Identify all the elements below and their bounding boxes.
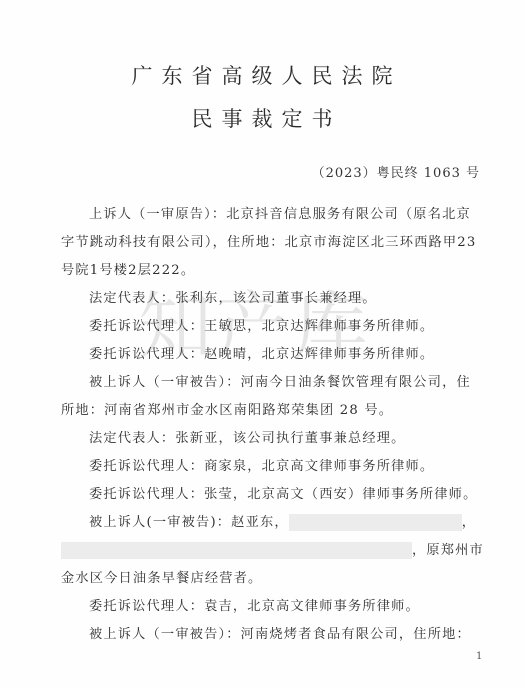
appellant-line-2: 字节跳动科技有限公司），住所地：北京市海淀区北三环西路甲23	[61, 231, 476, 250]
appellee-2-line-2-suffix: ，原郑州市	[412, 543, 484, 558]
appellant-agent-2: 委托诉讼代理人：赵晚晴，北京达辉律师事务所律师。	[89, 343, 434, 362]
appellee-2-agent: 委托诉讼代理人：袁吉，北京高文律师事务所律师。	[89, 595, 420, 614]
redaction-block	[61, 542, 412, 559]
appellee-2-name: 被上诉人(一审被告)：赵亚东，	[89, 515, 289, 530]
appellee-1-agent-2: 委托诉讼代理人：张莹，北京高文（西安）律师事务所律师。	[89, 483, 477, 502]
appellant-line-3: 号院1号楼2层222。	[61, 259, 195, 278]
page-number: 1	[476, 651, 482, 662]
appellee-1-agent-1: 委托诉讼代理人：商家泉，北京高文律师事务所律师。	[89, 455, 434, 474]
document-page: 广东省高级人民法院 民事裁定书 （2023）粤民终 1063 号 上诉人（一审原…	[0, 0, 524, 687]
appellee-2-line-3: 金水区今日油条早餐店经营者。	[61, 567, 262, 586]
case-number: （2023）粤民终 1063 号	[312, 162, 480, 181]
appellee-1-line-1: 被上诉人（一审被告）：河南今日油条餐饮管理有限公司，住	[89, 371, 471, 390]
appellee-1-legal-representative: 法定代表人：张新亚，该公司执行董事兼总经理。	[89, 427, 406, 446]
appellee-2-line-1: 被上诉人(一审被告)：赵亚东，，	[89, 511, 476, 531]
court-name: 广东省高级人民法院	[0, 60, 524, 90]
appellant-agent-1: 委托诉讼代理人：王敏思，北京达辉律师事务所律师。	[89, 315, 434, 334]
appellant-line-1: 上诉人（一审原告）：北京抖音信息服务有限公司（原名北京	[89, 203, 471, 222]
appellee-3-line-1: 被上诉人（一审被告）：河南烧烤者食品有限公司，住所地：	[89, 623, 471, 642]
appellee-2-line-1-suffix: ，	[462, 515, 476, 530]
appellant-legal-representative: 法定代表人：张利东，该公司董事长兼经理。	[89, 287, 377, 306]
redaction-block	[289, 514, 462, 531]
appellee-1-line-2: 所地：河南省郑州市金水区南阳路郑荣集团 28 号。	[61, 399, 393, 418]
document-type-title: 民事裁定书	[0, 103, 524, 133]
appellee-2-line-2: ，原郑州市	[61, 539, 484, 559]
